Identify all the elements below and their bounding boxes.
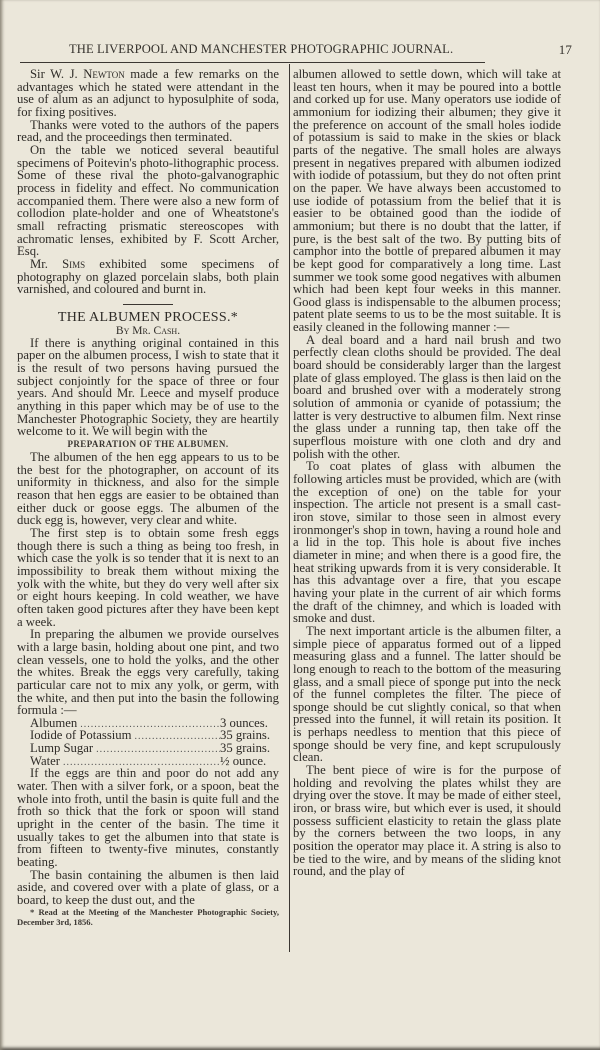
paragraph: Thanks were voted to the authors of the … [17, 119, 279, 144]
footnote: * Read at the Meeting of the Manchester … [17, 907, 279, 927]
paragraph: If the eggs are thin and poor do not add… [17, 767, 279, 868]
header-rule [20, 62, 485, 63]
section-divider [123, 304, 173, 305]
formula-row: Lump Sugar..............................… [30, 742, 278, 755]
journal-page: THE LIVERPOOL AND MANCHESTER PHOTOGRAPHI… [0, 0, 600, 1050]
paragraph: Sir W. J. Newton made a few remarks on t… [17, 68, 279, 119]
paragraph: The bent piece of wire is for the purpos… [293, 764, 561, 878]
running-header: THE LIVERPOOL AND MANCHESTER PHOTOGRAPHI… [20, 42, 580, 60]
paragraph: A deal board and a hard nail brush and t… [293, 334, 561, 461]
paragraph: The next important article is the albume… [293, 625, 561, 764]
paragraph: In preparing the albumen we provide ours… [17, 628, 279, 717]
paragraph: Mr. Sims exhibited some specimens of pho… [17, 258, 279, 296]
article-title: THE ALBUMEN PROCESS.* [17, 311, 279, 325]
paragraph: The first step is to obtain some fresh e… [17, 527, 279, 628]
paragraph: albumen allowed to settle down, which wi… [293, 68, 561, 334]
paragraph: The basin containing the albumen is then… [17, 869, 279, 907]
page-number: 17 [559, 42, 572, 58]
journal-title: THE LIVERPOOL AND MANCHESTER PHOTOGRAPHI… [69, 42, 453, 57]
column-divider [289, 64, 290, 952]
paragraph: The albumen of the hen egg appears to us… [17, 451, 279, 527]
right-column: albumen allowed to settle down, which wi… [293, 68, 561, 878]
left-column: Sir W. J. Newton made a few remarks on t… [17, 68, 279, 927]
formula-table: Albumen.................................… [30, 717, 278, 768]
paragraph: If there is anything original contained … [17, 337, 279, 438]
byline: By Mr. Cash. [17, 325, 279, 337]
paragraph: On the table we noticed several beautifu… [17, 144, 279, 258]
paragraph: To coat plates of glass with albumen the… [293, 460, 561, 625]
